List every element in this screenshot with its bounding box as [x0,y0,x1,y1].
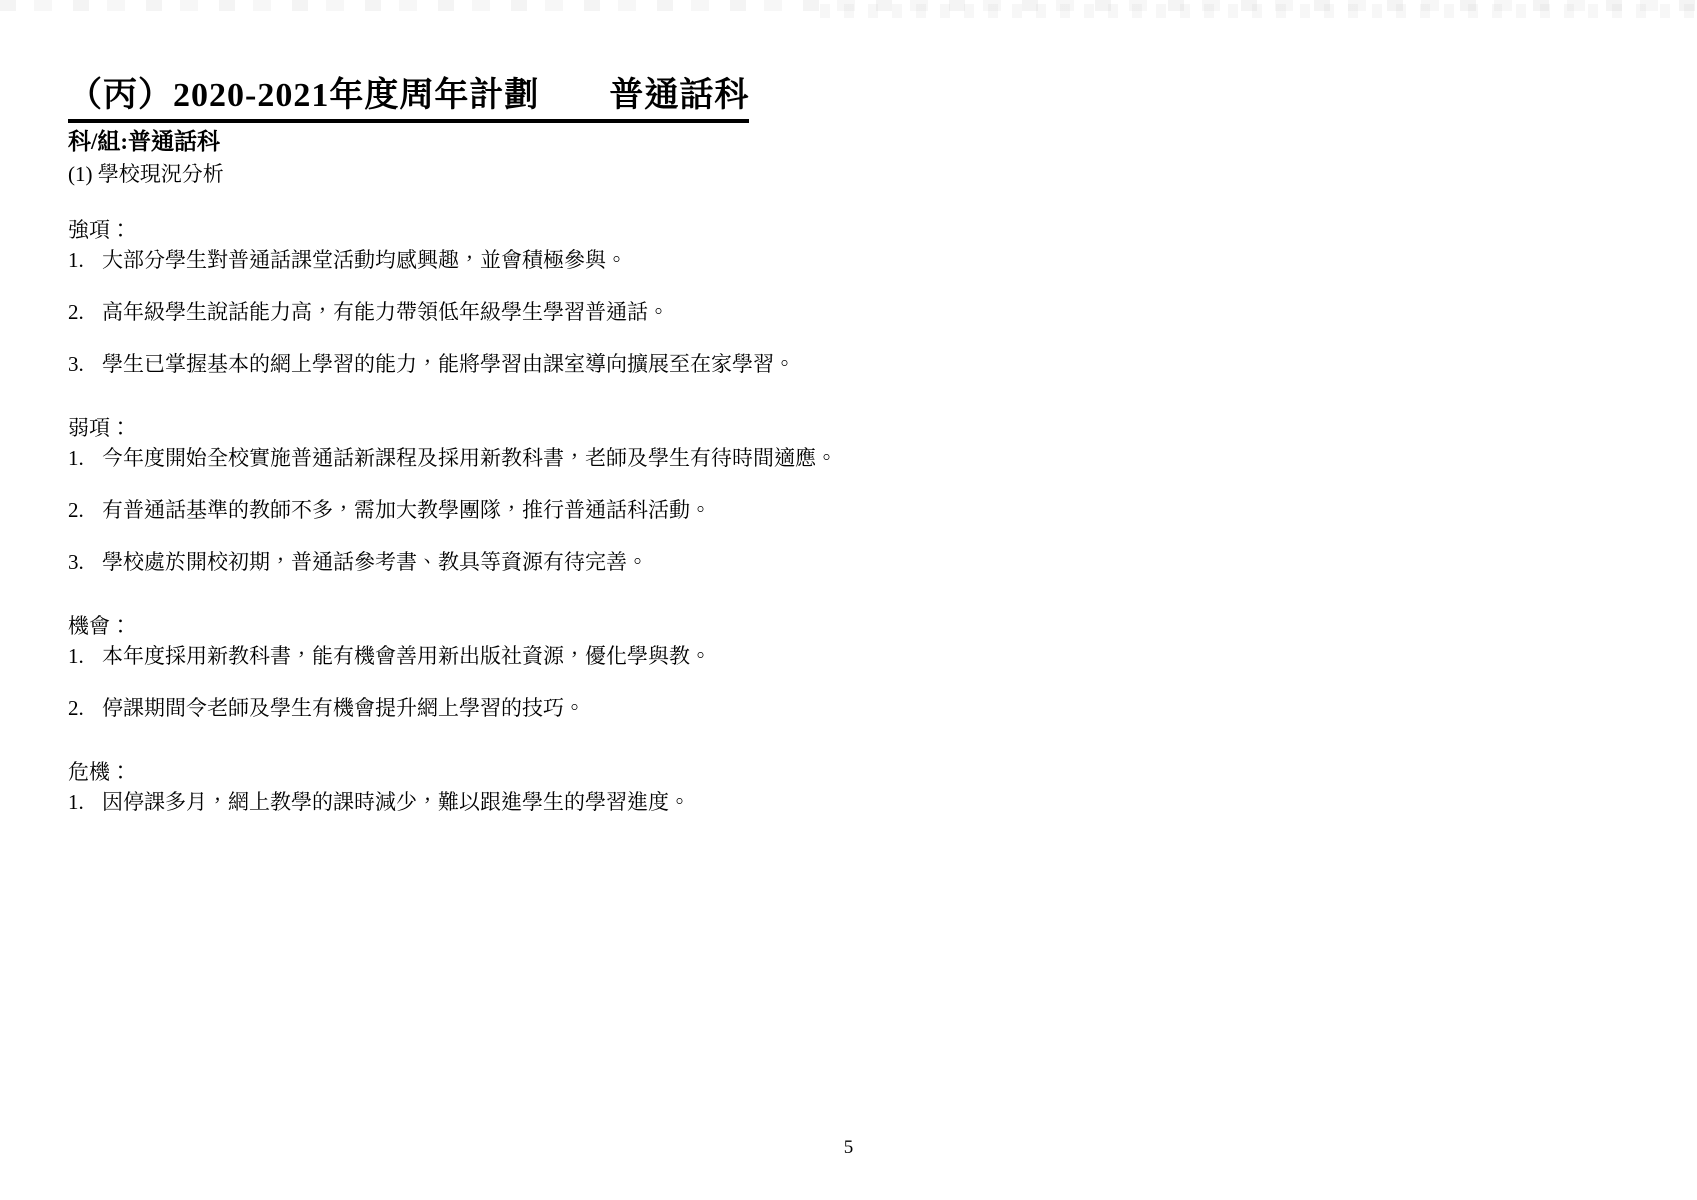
item-text: 因停課多月，網上教學的課時減少，難以跟進學生的學習進度。 [102,790,690,814]
item-text: 學校處於開校初期，普通話參考書、教具等資源有待完善。 [102,550,648,574]
document-page: （丙）2020-2021年度周年計劃 普通話科 科/組:普通話科 (1) 學校現… [0,0,1697,1200]
section-weaknesses: 弱項： 1.今年度開始全校實施普通話新課程及採用新教科書，老師及學生有待時間適應… [68,416,1068,574]
item-text: 停課期間令老師及學生有機會提升網上學習的技巧。 [102,696,585,720]
item-number: 3. [68,352,102,376]
item-number: 3. [68,550,102,574]
item-text: 有普通話基準的教師不多，需加大教學團隊，推行普通話科活動。 [102,498,711,522]
item-number: 1. [68,446,102,470]
list-item: 1.大部分學生對普通話課堂活動均感興趣，並會積極參與。 [68,248,1068,272]
item-text: 高年級學生說話能力高，有能力帶領低年級學生學習普通話。 [102,300,669,324]
subject-line: 科/組:普通話科 [68,129,1068,155]
item-number: 2. [68,300,102,324]
list-item: 1.今年度開始全校實施普通話新課程及採用新教科書，老師及學生有待時間適應。 [68,446,1068,470]
section-threats: 危機： 1.因停課多月，網上教學的課時減少，難以跟進學生的學習進度。 [68,760,1068,814]
item-text: 今年度開始全校實施普通話新課程及採用新教科書，老師及學生有待時間適應。 [102,446,837,470]
list-item: 2.有普通話基準的教師不多，需加大教學團隊，推行普通話科活動。 [68,498,1068,522]
page-title: （丙）2020-2021年度周年計劃 普通話科 [68,76,749,123]
list-item: 3.學校處於開校初期，普通話參考書、教具等資源有待完善。 [68,550,1068,574]
item-text: 學生已掌握基本的網上學習的能力，能將學習由課室導向擴展至在家學習。 [102,352,795,376]
section-opportunities: 機會： 1.本年度採用新教科書，能有機會善用新出版社資源，優化學與教。 2.停課… [68,614,1068,720]
item-number: 1. [68,644,102,668]
document-content: （丙）2020-2021年度周年計劃 普通話科 科/組:普通話科 (1) 學校現… [68,76,1068,814]
analysis-heading: (1) 學校現況分析 [68,162,1068,187]
page-number: 5 [0,1137,1697,1159]
section-label-strengths: 強項： [68,218,1068,242]
section-label-weaknesses: 弱項： [68,416,1068,440]
section-strengths: 強項： 1.大部分學生對普通話課堂活動均感興趣，並會積極參與。 2.高年級學生說… [68,218,1068,376]
item-text: 本年度採用新教科書，能有機會善用新出版社資源，優化學與教。 [102,644,711,668]
list-item: 2.停課期間令老師及學生有機會提升網上學習的技巧。 [68,696,1068,720]
scan-artifact-strip-right [820,4,1697,18]
list-item: 2.高年級學生說話能力高，有能力帶領低年級學生學習普通話。 [68,300,1068,324]
item-number: 2. [68,498,102,522]
item-number: 1. [68,790,102,814]
section-label-opportunities: 機會： [68,614,1068,638]
list-item: 1.因停課多月，網上教學的課時減少，難以跟進學生的學習進度。 [68,790,1068,814]
item-number: 1. [68,248,102,272]
list-item: 3.學生已掌握基本的網上學習的能力，能將學習由課室導向擴展至在家學習。 [68,352,1068,376]
list-item: 1.本年度採用新教科書，能有機會善用新出版社資源，優化學與教。 [68,644,1068,668]
section-label-threats: 危機： [68,760,1068,784]
item-text: 大部分學生對普通話課堂活動均感興趣，並會積極參與。 [102,248,627,272]
item-number: 2. [68,696,102,720]
